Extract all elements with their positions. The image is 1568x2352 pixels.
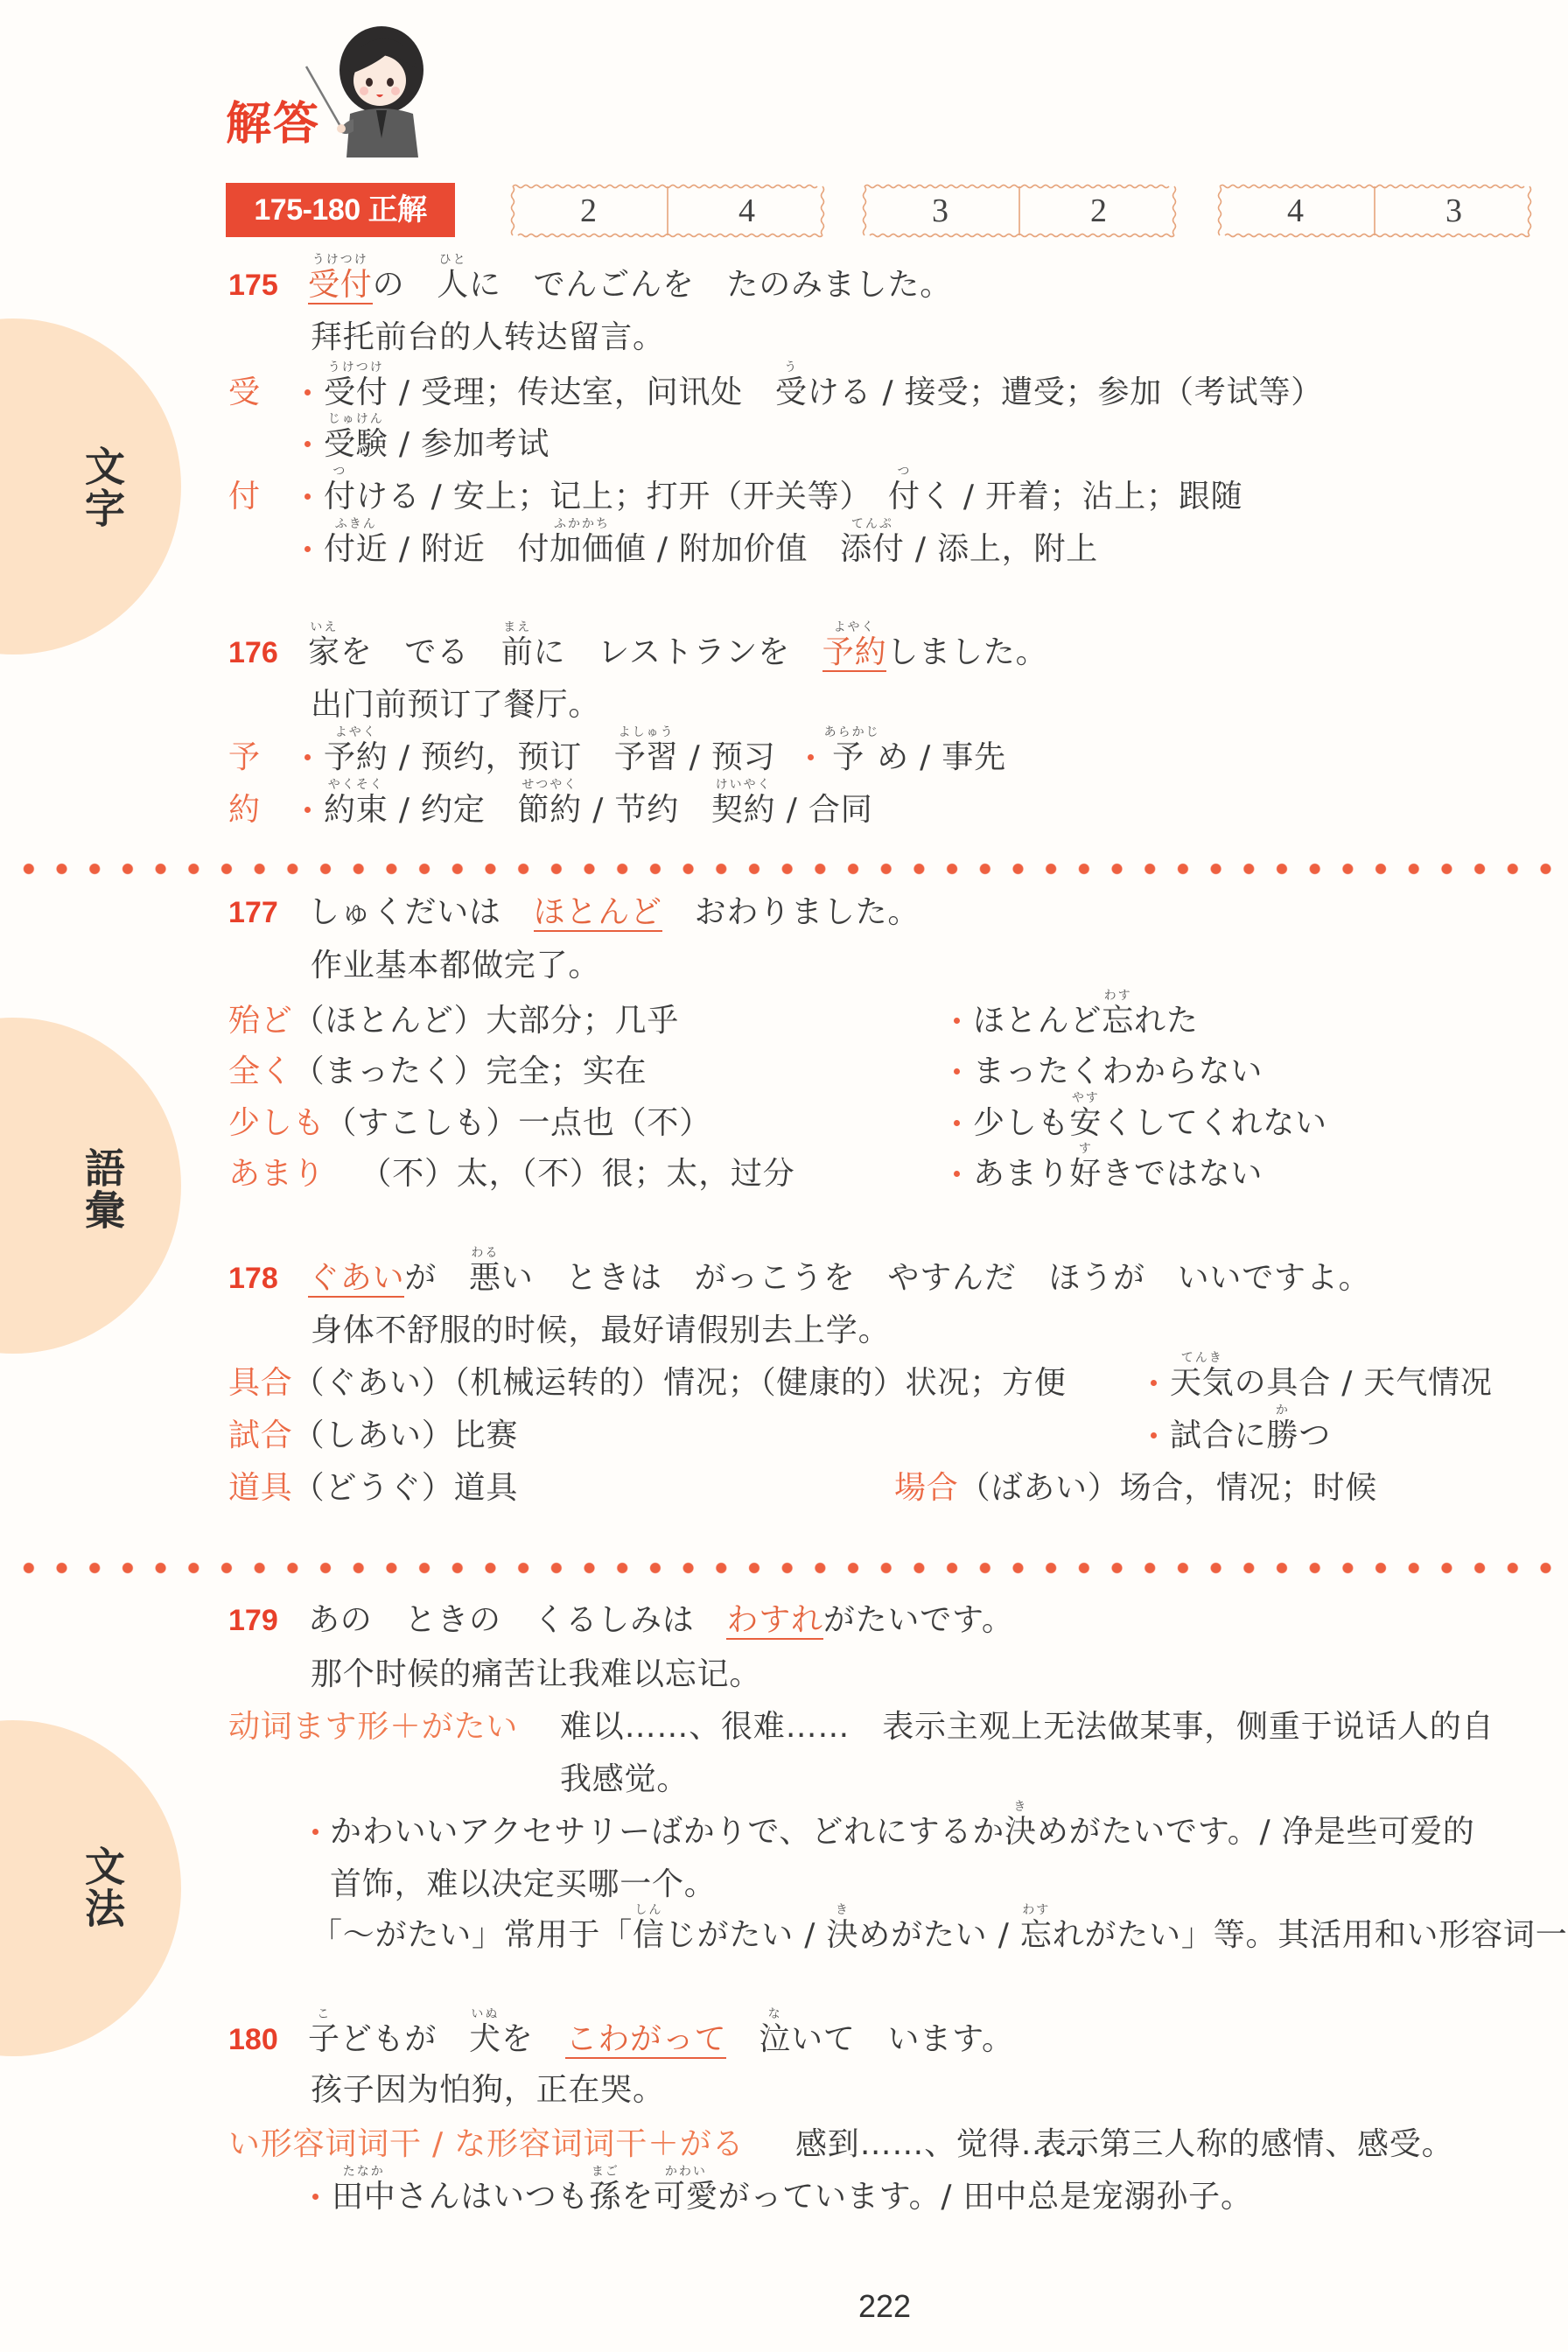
vocab-word: 全く — [228, 1053, 293, 1089]
text-segment: ける / 接受；遭受；参加（考试等） — [808, 374, 1323, 410]
vocab-reading: （しあい） — [293, 1417, 454, 1453]
answer-target-word: ぐあい — [308, 1260, 404, 1298]
q176-kanji-row: 予よやく予約 / 预约，预订 よしゅう予習 / 预习 あらかじ予め / 事先 — [228, 738, 1006, 777]
q175-kanji-row: 受うけつけ受付 / 受理；传达室，问讯处 う受ける / 接受；遭受；参加（考试等… — [228, 374, 1323, 412]
ruby-word: やくそく約束 — [324, 791, 388, 829]
furigana: よしゅう — [619, 726, 675, 738]
text-segment: / 预约，预订 — [388, 739, 614, 775]
furigana: よやく — [335, 726, 377, 738]
vocab-word: 場合 — [894, 1470, 959, 1506]
ruby-word: ひと人 — [437, 266, 469, 304]
q175-translation: 拜托前台的人转达留言。 — [311, 318, 665, 357]
q179-grammar-pattern: 动词ます形＋がたい — [228, 1708, 518, 1746]
text-segment: さんはいつも — [396, 2179, 590, 2215]
ruby-word: たなか田中 — [332, 2178, 396, 2216]
furigana: いえ — [310, 621, 338, 633]
answer-target-word: 受付 — [308, 267, 373, 304]
ruby-base: 信 — [633, 1917, 665, 1953]
q176-translation: 出门前预订了餐厅。 — [311, 686, 600, 724]
furigana: てんき — [1181, 1352, 1223, 1364]
ruby-base: 可愛 — [654, 2179, 718, 2215]
furigana: まえ — [503, 621, 531, 633]
vocab-meaning: 完全；实在 — [486, 1053, 647, 1089]
q178-translation: 身体不舒服的时候，最好请假别去上学。 — [311, 1312, 890, 1350]
ruby-base: 犬 — [469, 2021, 501, 2057]
bullet-icon — [312, 1829, 318, 1835]
text-segment: しました。 — [886, 634, 1047, 670]
text-segment: しゅくだいは — [308, 894, 534, 930]
answer-178: 2 — [1019, 183, 1178, 239]
side-tab-goi-label: 語彙 — [82, 1147, 122, 1231]
text-segment: く / 开着；沾上；跟随 — [920, 479, 1243, 514]
furigana: つ — [332, 465, 346, 478]
ruby-base: 付 — [888, 479, 920, 514]
furigana: せつやく — [521, 779, 577, 791]
q180-sentence: 180こ子どもが いぬ犬を こわがって な泣いて います。 — [228, 2020, 1014, 2059]
kanji-label: 約 — [228, 791, 304, 829]
furigana: うけつけ — [328, 361, 384, 374]
text-segment: / 附近 — [388, 531, 518, 567]
text-segment: ほとんど — [973, 1003, 1102, 1039]
dotted-divider — [12, 1562, 1568, 1574]
text-segment: じがたい / — [665, 1917, 827, 1953]
furigana: す — [1079, 1143, 1093, 1155]
text-segment: を でる — [340, 634, 501, 670]
text-segment: れた — [1134, 1003, 1199, 1039]
text-segment: ける / 安上；记上；打开（开关等） — [356, 479, 888, 514]
q177-vocab-example: 少しもやす安くしてくれない — [954, 1104, 1327, 1143]
answer-range-label: 175-180 正解 — [226, 183, 455, 237]
ruby-word: つ付 — [888, 478, 920, 516]
side-tab-moji-label: 文字 — [82, 445, 122, 529]
text-segment: れがたい」等。其活用和い形容词一样。 — [1053, 1917, 1568, 1953]
ruby-word: き決 — [1004, 1813, 1037, 1851]
text-segment: きではない — [1102, 1156, 1263, 1192]
ruby-base: 泣 — [759, 2021, 791, 2057]
furigana: やくそく — [328, 779, 384, 791]
vocab-reading: （どうぐ） — [293, 1470, 454, 1506]
furigana: かわい — [665, 2166, 707, 2178]
answer-176: 4 — [668, 183, 826, 239]
vocab-reading: （ばあい） — [959, 1470, 1120, 1506]
ruby-word: す好 — [1069, 1155, 1102, 1193]
text-segment: を — [501, 2021, 566, 2057]
ruby-base: 契約 — [711, 792, 776, 828]
teacher-pointer-icon — [296, 16, 436, 164]
furigana: つ — [897, 465, 911, 478]
furigana: たなか — [343, 2166, 385, 2178]
ruby-base: 好 — [1069, 1156, 1102, 1192]
ruby-base: 予約 — [324, 739, 388, 775]
ruby-base: 忘 — [1102, 1003, 1134, 1039]
bullet-icon — [304, 546, 311, 552]
q179-sentence: 179あの ときの くるしみは わすれがたいです。 — [228, 1601, 1014, 1640]
answer-target-word: こわがって — [565, 2021, 726, 2059]
vocab-meaning: 道具 — [454, 1470, 519, 1506]
furigana: こ — [317, 2008, 331, 2020]
q175-sentence: 175うけつけ受付の ひと人に でんごんを たのみました。 — [228, 266, 952, 304]
ruby-base: 決 — [1004, 1814, 1037, 1850]
dotted-divider — [12, 863, 1568, 875]
ruby-word: こ子 — [308, 2020, 340, 2059]
ruby-word: ふかかち付加価値 — [517, 530, 646, 569]
ruby-base: 付加価値 — [517, 531, 646, 567]
answer-180: 3 — [1375, 183, 1533, 239]
furigana: じゅけん — [328, 413, 384, 425]
vocab-reading: （すこしも） — [325, 1105, 518, 1141]
q178-vocab-row: 試合（しあい）比赛 — [228, 1417, 518, 1455]
page-number: 222 — [841, 2287, 928, 2326]
text-segment: の具合 / 天气情况 — [1235, 1365, 1493, 1401]
ruby-word: しん信 — [633, 1916, 665, 1955]
ruby-word: よやく予約 — [324, 738, 388, 777]
text-segment: 「～がたい」常用于「 — [311, 1917, 633, 1953]
ruby-base: 孫 — [589, 2179, 621, 2215]
bullet-icon — [808, 754, 814, 760]
vocab-word: 具合 — [228, 1365, 293, 1401]
q177-vocab-example: ほとんどわす忘れた — [954, 1002, 1199, 1040]
text-segment: / 合同 — [775, 792, 872, 828]
q175-kanji-row: 付つ付ける / 安上；记上；打开（开关等） つ付く / 开着；沾上；跟随 — [228, 478, 1242, 516]
text-segment: かわいいアクセサリーばかりで、どれにするか — [330, 1814, 1004, 1850]
ruby-base: 受験 — [324, 426, 388, 462]
furigana: しん — [634, 1904, 662, 1916]
vocab-reading: （ほとんど） — [293, 1003, 486, 1039]
ruby-base: 決 — [826, 1917, 858, 1953]
question-number: 180 — [228, 2020, 308, 2059]
ruby-base: 天気 — [1170, 1365, 1235, 1401]
vocab-meaning: 大部分；几乎 — [486, 1003, 679, 1039]
furigana: ふきん — [335, 518, 377, 530]
vocab-meaning: 场合，情况；时候 — [1120, 1470, 1377, 1506]
ruby-word: やす安 — [1069, 1104, 1102, 1143]
ruby-base: 人 — [437, 267, 469, 303]
furigana: ふかかち — [554, 518, 610, 530]
vocab-meaning: （不）太，（不）很；太，过分 — [360, 1156, 794, 1192]
furigana: わす — [1022, 1904, 1050, 1916]
bullet-icon — [304, 807, 311, 813]
furigana: き — [1013, 1801, 1027, 1813]
text-segment: あの ときの くるしみは — [308, 1602, 726, 1638]
vocab-word: 殆ど — [228, 1003, 293, 1039]
ruby-word: てんき天気 — [1170, 1364, 1235, 1403]
text-segment: / 节约 — [582, 792, 711, 828]
grammar-meaning: 难以……、很难…… — [560, 1709, 850, 1745]
furigana: よやく — [834, 621, 876, 633]
text-segment: がっています。/ 田中总是宠溺孙子。 — [718, 2179, 1253, 2215]
bullet-icon — [954, 1171, 960, 1177]
ruby-base: 前 — [501, 634, 534, 670]
ruby-word: うけつけ受付 — [308, 266, 373, 304]
q179-translation: 那个时候的痛苦让我难以忘记。 — [311, 1655, 761, 1694]
answer-group-1: 2 4 — [509, 183, 826, 239]
ruby-word: かわい可愛 — [654, 2178, 718, 2216]
q178-vocab-row: 道具（どうぐ）道具 — [228, 1469, 518, 1508]
bullet-icon — [954, 1068, 960, 1074]
q179-usage-note: 「～がたい」常用于「しん信じがたい / き決めがたい / わす忘れがたい」等。其… — [311, 1916, 1568, 1955]
text-segment: を — [621, 2179, 654, 2215]
furigana: ひと — [439, 254, 467, 266]
text-segment: に でんごんを たのみました。 — [469, 267, 952, 303]
ruby-word: けいやく契約 — [711, 791, 776, 829]
vocab-meaning: 比赛 — [454, 1417, 519, 1453]
ruby-base: 忘 — [1020, 1917, 1053, 1953]
q180-grammar-pattern: い形容词词干 / な形容词词干＋がる — [228, 2125, 744, 2164]
text-segment: / 附加价值 — [647, 531, 840, 567]
q180-example: たなか田中さんはいつもまご孫をかわい可愛がっています。/ 田中总是宠溺孙子。 — [312, 2178, 1253, 2216]
furigana: いぬ — [471, 2008, 499, 2020]
ruby-word: わす忘 — [1102, 1002, 1134, 1040]
furigana: な — [768, 2008, 782, 2020]
text-segment: / 添上，附上 — [905, 531, 1098, 567]
text-segment: / 约定 — [388, 792, 518, 828]
text-segment: が — [404, 1260, 469, 1296]
vocab-meaning: 一点也（不） — [518, 1105, 711, 1141]
furigana: き — [836, 1904, 850, 1916]
vocab-meaning: （机械运转的）情况；（健康的）状况；方便 — [454, 1365, 1067, 1401]
question-number: 177 — [228, 893, 308, 932]
vocab-word: 道具 — [228, 1470, 293, 1506]
ruby-base: 子 — [308, 2021, 340, 2057]
answer-175: 2 — [509, 183, 668, 239]
kanji-label: 受 — [228, 374, 304, 412]
furigana: うけつけ — [312, 254, 368, 266]
ruby-word: あらかじ予 — [827, 738, 877, 777]
ruby-base: 田中 — [332, 2179, 396, 2215]
q177-vocab-row: あまり（不）太，（不）很；太，过分 — [228, 1155, 795, 1193]
ruby-word: な泣 — [759, 2020, 791, 2059]
bullet-icon — [954, 1120, 960, 1126]
text-segment: / 受理；传达室，问讯处 — [388, 374, 775, 410]
q178-vocab-row: 場合（ばあい）场合，情况；时候 — [894, 1469, 1377, 1508]
answer-group-2: 3 2 — [861, 183, 1178, 239]
question-number: 175 — [228, 266, 308, 304]
question-number: 179 — [228, 1601, 308, 1640]
text-segment: つ — [1298, 1417, 1331, 1453]
q175-kanji-row: ふきん付近 / 附近 ふかかち付加価値 / 附加价值 てんぷ添付 / 添上，附上 — [228, 530, 1098, 569]
text-segment: / 预习 — [678, 739, 808, 775]
ruby-word: まご孫 — [589, 2178, 621, 2216]
text-segment: に レストランを — [534, 634, 822, 670]
text-segment: いて います。 — [791, 2021, 1014, 2057]
ruby-base: 添付 — [840, 531, 905, 567]
side-tab-bunpo-label: 文法 — [82, 1845, 122, 1929]
ruby-base: 家 — [308, 634, 340, 670]
ruby-word: う受 — [775, 374, 808, 412]
q178-vocab-example: てんき天気の具合 / 天气情况 — [1151, 1364, 1493, 1403]
bullet-icon — [304, 754, 311, 760]
q177-vocab-row: 少しも（すこしも）一点也（不） — [228, 1104, 711, 1143]
furigana: まご — [591, 2166, 619, 2178]
bullet-icon — [1151, 1432, 1157, 1438]
bullet-icon — [304, 441, 311, 447]
q175-kanji-row: じゅけん受験 / 参加考试 — [228, 425, 549, 464]
bullet-icon — [304, 493, 311, 500]
ruby-base: 節約 — [517, 792, 582, 828]
kanji-label: 予 — [228, 738, 304, 777]
ruby-word: よしゅう予習 — [614, 738, 679, 777]
q178-sentence: 178ぐあいが わる悪い ときは がっこうを やすんだ ほうが いいですよ。 — [228, 1259, 1370, 1298]
ruby-word: つ付 — [324, 478, 356, 516]
text-segment: どもが — [340, 2021, 469, 2057]
answer-group-3: 4 3 — [1216, 183, 1533, 239]
ruby-word: ふきん付近 — [324, 530, 388, 569]
furigana: わす — [1104, 990, 1132, 1002]
ruby-base: 安 — [1069, 1105, 1102, 1141]
text-segment: くしてくれない — [1102, 1105, 1327, 1141]
answer-target-word: 予約 — [822, 634, 887, 672]
text-segment: の — [373, 267, 437, 303]
ruby-word: いぬ犬 — [469, 2020, 501, 2059]
furigana: てんぷ — [851, 518, 893, 530]
ruby-word: き決 — [826, 1916, 858, 1955]
vocab-word: あまり — [228, 1156, 325, 1192]
q178-vocab-example: 試合にか勝つ — [1151, 1417, 1331, 1455]
text-segment: あまり — [973, 1156, 1069, 1192]
ruby-word: じゅけん受験 — [324, 425, 388, 464]
furigana: か — [1276, 1404, 1290, 1417]
text-segment: 試合に — [1170, 1417, 1266, 1453]
furigana: う — [784, 361, 798, 374]
vocab-reading: （ぐあい） — [293, 1365, 454, 1401]
vocab-word: 少しも — [228, 1105, 325, 1141]
q178-vocab-row: 具合（ぐあい）（机械运转的）情况；（健康的）状况；方便 — [228, 1364, 1067, 1403]
ruby-base: 付近 — [324, 531, 388, 567]
ruby-word: てんぷ添付 — [840, 530, 905, 569]
answer-target-word: ほとんど — [534, 894, 662, 932]
q176-sentence: 176いえ家を でる まえ前に レストランを よやく予約しました。 — [228, 633, 1047, 672]
ruby-word: よやく予約 — [822, 633, 887, 672]
text-segment: 少しも — [973, 1105, 1069, 1141]
furigana: あらかじ — [824, 726, 880, 738]
furigana: やす — [1072, 1092, 1100, 1104]
q177-vocab-row: 全く（まったく）完全；实在 — [228, 1053, 647, 1091]
q177-vocab-row: 殆ど（ほとんど）大部分；几乎 — [228, 1002, 679, 1040]
q180-grammar-explanation: 表示第三人称的感情、感受。 — [1035, 2125, 1453, 2164]
answer-177: 3 — [861, 183, 1019, 239]
text-segment: / 参加考试 — [388, 426, 550, 462]
text-segment: い ときは がっこうを やすんだ ほうが いいですよ。 — [501, 1260, 1371, 1296]
ruby-word: うけつけ受付 — [324, 374, 388, 412]
ruby-base: 約束 — [324, 792, 388, 828]
q177-vocab-example: あまりす好きではない — [954, 1155, 1263, 1193]
kanji-label: 付 — [228, 478, 304, 516]
ruby-word: まえ前 — [501, 633, 534, 672]
bullet-icon — [304, 389, 311, 395]
furigana: けいやく — [716, 779, 772, 791]
text-segment: め / 事先 — [877, 739, 1006, 775]
ruby-base: 付 — [324, 479, 356, 514]
bullet-icon — [312, 2194, 318, 2200]
q177-translation: 作业基本都做完了。 — [311, 947, 600, 985]
ruby-word: いえ家 — [308, 633, 340, 672]
ruby-word: わる悪 — [469, 1259, 501, 1298]
q177-vocab-example: まったくわからない — [954, 1053, 1263, 1091]
bullet-icon — [1151, 1380, 1157, 1386]
ruby-base: 予 — [832, 739, 864, 775]
q179-example: かわいいアクセサリーばかりで、どれにするかき決めがたいです。/ 净是些可爱的首饰… — [312, 1806, 1502, 1911]
furigana: わる — [471, 1247, 499, 1259]
vocab-reading: （まったく） — [293, 1053, 486, 1089]
bullet-icon — [954, 1018, 960, 1024]
q180-translation: 孩子因为怕狗，正在哭。 — [311, 2071, 665, 2110]
q176-kanji-row: 約やくそく約束 / 约定 せつやく節約 / 节约 けいやく契約 / 合同 — [228, 791, 873, 829]
text-segment: がたいです。 — [823, 1602, 1014, 1638]
ruby-word: せつやく節約 — [517, 791, 582, 829]
ruby-base: 受 — [775, 374, 808, 410]
question-number: 178 — [228, 1259, 308, 1298]
text-segment — [726, 2021, 759, 2057]
ruby-base: 予習 — [614, 739, 679, 775]
teacher-girl-illustration — [296, 16, 436, 168]
ruby-word: か勝 — [1266, 1417, 1298, 1455]
q177-sentence: 177しゅくだいは ほとんど おわりました。 — [228, 893, 920, 932]
text-segment: おわりました。 — [662, 894, 920, 930]
ruby-base: 勝 — [1266, 1417, 1298, 1453]
answer-179: 4 — [1216, 183, 1375, 239]
text-segment: まったくわからない — [973, 1053, 1263, 1089]
answer-target-word: わすれ — [726, 1602, 822, 1640]
question-number: 176 — [228, 633, 308, 672]
text-segment: めがたい / — [858, 1917, 1020, 1953]
ruby-word: わす忘 — [1020, 1916, 1053, 1955]
ruby-base: 悪 — [469, 1260, 501, 1296]
ruby-base: 受付 — [324, 374, 388, 410]
vocab-word: 試合 — [228, 1417, 293, 1453]
q179-grammar-description: 难以……、很难……表示主观上无法做某事，侧重于说话人的自我感觉。 — [560, 1701, 1522, 1806]
